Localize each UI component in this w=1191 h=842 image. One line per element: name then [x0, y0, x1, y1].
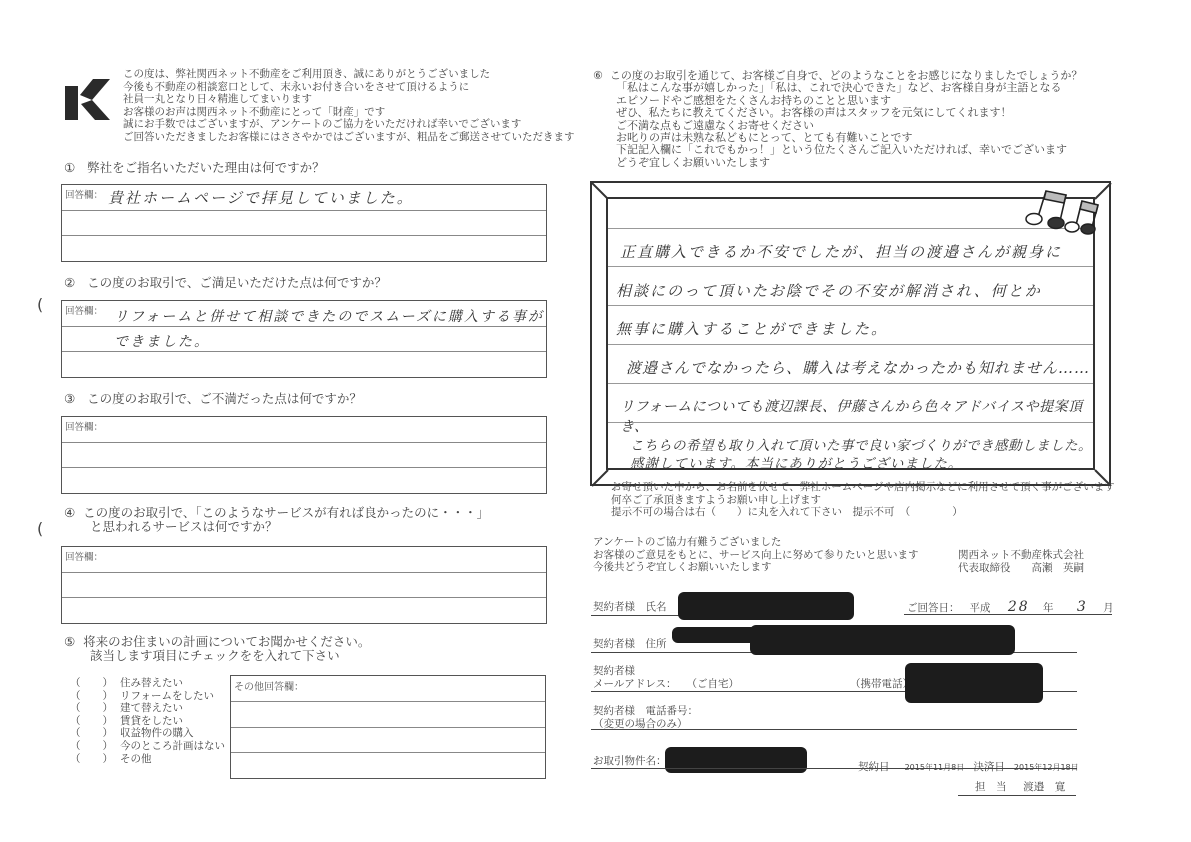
question-text: 将来のお住まいの計画についてお聞かせください。: [83, 634, 370, 649]
checklist-item[interactable]: （）収益物件の購入: [70, 727, 225, 740]
question-number: ③: [64, 391, 75, 406]
mobile-field-redacted[interactable]: [905, 663, 1043, 703]
address-label: 契約者様 住所: [593, 638, 667, 651]
answer-label: 回答欄：: [65, 549, 103, 563]
company-signature: 関西ネット不動産株式会社 代表取締役 高瀬 英嗣: [958, 549, 1084, 574]
publication-notice: お寄せ頂いた中から、お名前を伏せて、弊社ホームページや店内掲示などに利用させて頂…: [611, 481, 1115, 519]
question-text: この度のお取引で、ご不満だった点は何ですか？: [87, 391, 362, 406]
checkbox-paren[interactable]: （）: [70, 753, 120, 766]
other-answer-box[interactable]: その他回答欄：: [230, 675, 546, 779]
answer-label: 回答欄：: [65, 419, 103, 433]
question-text: この度のお取引で、「このようなサービスが有れば良かったのに・・・」: [83, 505, 489, 520]
checkbox-paren[interactable]: （）: [70, 715, 120, 728]
checkbox-paren[interactable]: （）: [70, 690, 120, 703]
intro-line: 誠にお手数ではございますが、アンケートのご協力をいただければ幸いでございます: [123, 118, 575, 131]
music-notes-icon: [1024, 185, 1110, 237]
question-text: この度のお取引で、ご満足いただけた点は何ですか？: [87, 275, 387, 290]
question-3: ③ この度のお取引で、ご不満だった点は何ですか？: [64, 389, 362, 407]
property-field-redacted[interactable]: [665, 747, 807, 773]
margin-mark: (: [37, 519, 43, 538]
answer-label: 回答欄：: [65, 187, 103, 201]
intro-line: 社員一丸となり日々精進してまいります: [123, 93, 575, 106]
question-4: ④ この度のお取引で、「このようなサービスが有れば良かったのに・・・」 と思われ…: [64, 506, 489, 534]
handwritten-answer: リフォームと併せて相談できたのでスムーズに購入する事が: [114, 306, 544, 326]
question-2: ② この度のお取引で、ご満足いただけた点は何ですか？: [64, 273, 387, 291]
checklist-item[interactable]: （）今のところ計画はない: [70, 740, 225, 753]
answer-box-2[interactable]: 回答欄： リフォームと併せて相談できたのでスムーズに購入する事が できました。: [61, 300, 547, 378]
comment-area: 正直購入できるか不安でしたが、担当の渡邉さんが親身に 相談にのって頂いたお陰でそ…: [606, 197, 1095, 470]
answer-label: 回答欄：: [65, 303, 103, 317]
address-field-redacted[interactable]: [750, 625, 1015, 655]
intro-line: お客様のお声は関西ネット不動産にとって「財産」です: [123, 106, 575, 119]
publication-refusal-field[interactable]: 提示不可の場合は右（ ）に丸を入れて下さい 提示不可 （ ）: [611, 506, 1115, 519]
checkbox-paren[interactable]: （）: [70, 727, 120, 740]
question-number: ④: [64, 505, 75, 520]
handwritten-comment: 無事に購入することができました。: [616, 318, 888, 339]
staff-name: 渡邉 寛: [1023, 781, 1065, 793]
margin-mark: (: [37, 295, 43, 314]
intro-line: 今後も不動産の相談窓口として、末永いお付き合いをさせて頂けるように: [123, 81, 575, 94]
question-text: と思われるサービスは何ですか？: [64, 520, 489, 534]
name-label: 契約者様 氏名: [593, 601, 667, 614]
answer-date: ご回答日： 平成 28 年 3 月: [907, 601, 1114, 615]
handwritten-comment: 正直購入できるか不安でしたが、担当の渡邉さんが親身に: [620, 241, 1062, 262]
question-6: ⑥ この度のお取引を通じて、お客様ご自身で、どのようなことをお感じになりましたで…: [593, 70, 1082, 169]
month-value[interactable]: 3: [1077, 599, 1088, 615]
question-number: ⑤: [64, 634, 75, 649]
checklist-item[interactable]: （）その他: [70, 753, 225, 766]
property-label: お取引物件名：: [593, 755, 667, 768]
k-logo-icon: [62, 73, 112, 123]
checklist-item[interactable]: （）リフォームをしたい: [70, 690, 225, 703]
staff-in-charge: 担 当 渡邉 寛: [975, 781, 1065, 794]
representative-name: 代表取締役 高瀬 英嗣: [958, 562, 1084, 575]
handwritten-comment: 感謝しています。本当にありがとうございました。: [630, 452, 962, 472]
checklist-item[interactable]: （）住み替えたい: [70, 677, 225, 690]
company-logo: [62, 73, 112, 123]
answer-box-4[interactable]: 回答欄：: [61, 546, 547, 624]
checkbox-paren[interactable]: （）: [70, 677, 120, 690]
email-label: 契約者様 メールアドレス： （ご自宅）: [593, 665, 739, 690]
company-name: 関西ネット不動産株式会社: [958, 549, 1084, 562]
answer-box-1[interactable]: 回答欄： 貴社ホームページで拝見していました。: [61, 184, 547, 262]
handwritten-answer: 貴社ホームページで拝見していました。: [108, 187, 414, 208]
intro-text: この度は、弊社関西ネット不動産をご利用頂き、誠にありがとうございました 今後も不…: [123, 68, 575, 144]
handwritten-answer: できました。: [114, 331, 210, 351]
address-field-redacted[interactable]: [672, 627, 762, 643]
home-label: （ご自宅）: [687, 678, 740, 690]
other-answer-label: その他回答欄：: [234, 678, 304, 693]
name-field-redacted[interactable]: [678, 592, 854, 620]
handwritten-comment: 渡邉さんでなかったら、購入は考えなかったかも知れません……: [626, 357, 1090, 378]
question-number: ⑥: [593, 69, 603, 82]
plan-checklist: （）住み替えたい （）リフォームをしたい （）建て替えたい （）賃貸をしたい （…: [70, 677, 225, 765]
question-number: ②: [64, 275, 75, 290]
question-text: 該当します項目にチェックをを入れて下さい: [64, 649, 370, 663]
checkbox-paren[interactable]: （）: [70, 702, 120, 715]
question-number: ①: [64, 160, 75, 175]
contract-dates: 契約日 2015年11月8日 決済日 2015年12月18日: [858, 755, 1079, 774]
question-1: ① 弊社をご指名いただいた理由は何ですか？: [64, 158, 325, 176]
checkbox-paren[interactable]: （）: [70, 740, 120, 753]
question-5: ⑤ 将来のお住まいの計画についてお聞かせください。 該当します項目にチェックをを…: [64, 635, 370, 663]
intro-line: この度は、弊社関西ネット不動産をご利用頂き、誠にありがとうございました: [123, 68, 575, 81]
question-text: 弊社をご指名いただいた理由は何ですか？: [87, 160, 325, 175]
handwritten-comment: 相談にのって頂いたお陰でその不安が解消され、何とか: [616, 280, 1042, 301]
intro-line: ご回答いただきましたお客様にはささやかではございますが、粗品をご郵送させていただ…: [123, 131, 575, 144]
mobile-label: （携帯電話）: [850, 678, 913, 691]
phone-label: 契約者様 電話番号： （変更の場合のみ）: [593, 705, 698, 730]
answer-box-3[interactable]: 回答欄：: [61, 416, 547, 494]
thanks-message: アンケートのご協力有難うございました お客様のご意見をもとに、サービス向上に努め…: [593, 536, 919, 574]
handwritten-comment: こちらの希望も取り入れて頂いた事で良い家づくりができ感動しました。: [630, 434, 1092, 454]
handwritten-comment: リフォームについても渡辺課長、伊藤さんから色々アドバイスや提案頂き、: [620, 396, 1093, 436]
checklist-item[interactable]: （）賃貸をしたい: [70, 715, 225, 728]
year-value[interactable]: 28: [1008, 599, 1030, 615]
comment-frame[interactable]: 正直購入できるか不安でしたが、担当の渡邉さんが親身に 相談にのって頂いたお陰でそ…: [590, 181, 1111, 486]
checklist-item[interactable]: （）建て替えたい: [70, 702, 225, 715]
